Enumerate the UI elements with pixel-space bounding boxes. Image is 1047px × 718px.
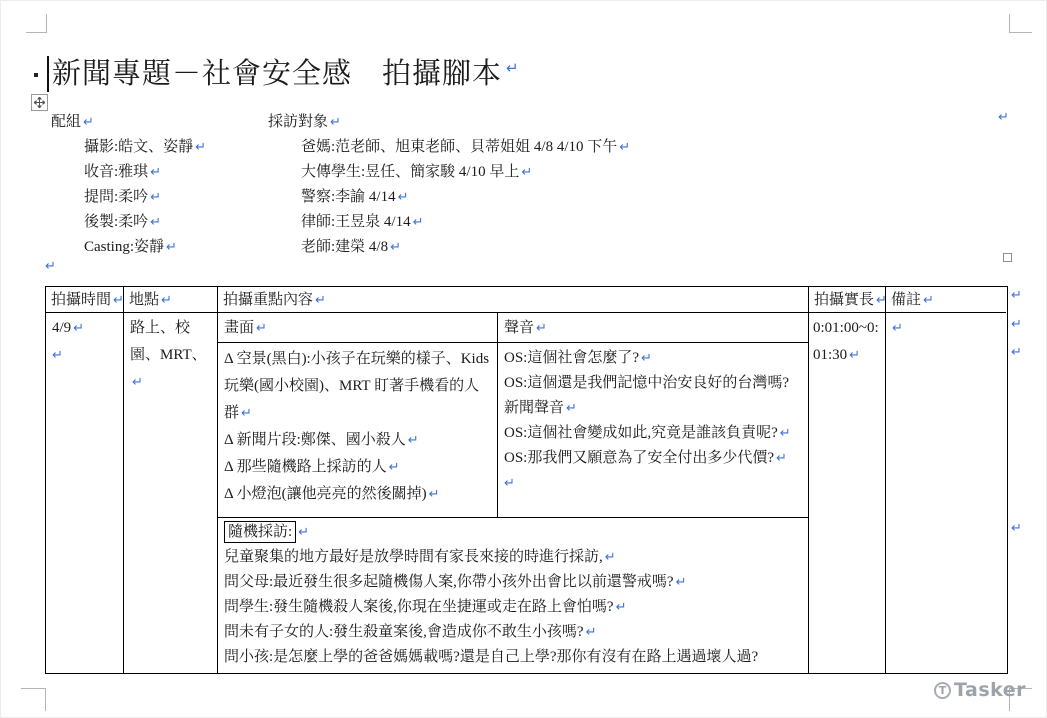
cell-random-interview: 隨機採訪:↵ 兒童聚集的地方最好是放學時間有家長來接的時進行採訪,↵ 問父母:最… <box>218 518 809 673</box>
paragraph-mark: ↵ <box>241 407 252 420</box>
shooting-script-table[interactable]: 拍攝時間↵ 地點↵ 拍攝重點內容↵ 拍攝實長↵ 備註↵ 4/9↵ ↵ 路上、校園… <box>45 286 1008 674</box>
audio-item: OS:那我們又願意為了安全付出多少代價?↵ <box>504 446 802 471</box>
paragraph-mark: ↵ <box>780 427 791 440</box>
paragraph-mark: ↵ <box>52 349 63 362</box>
tasker-watermark: T Tasker <box>934 679 1026 701</box>
paragraph-mark: ↵ <box>566 402 577 415</box>
paragraph-mark: ↵ <box>45 260 56 273</box>
document-title-text: 新聞專題－社會安全感 拍攝腳本 <box>52 51 502 92</box>
paragraph-mark: ↵ <box>150 191 161 204</box>
list-item: 後製:柔吟↵ <box>84 210 206 235</box>
cell-screen-label: 畫面↵ <box>218 313 498 343</box>
paragraph-mark: ↵ <box>298 526 309 539</box>
paragraph-mark: ↵ <box>998 111 1009 124</box>
cell-location: 路上、校園、MRT、↵ <box>124 313 218 673</box>
cell-duration: 0:01:00~0:01:30↵ <box>809 313 886 673</box>
paragraph-mark: ↵ <box>536 322 547 335</box>
list-item: 提問:柔吟↵ <box>84 185 206 210</box>
header-shoot-time: 拍攝時間↵ <box>46 287 124 313</box>
header-notes: 備註↵ <box>886 287 1006 313</box>
paragraph-mark: ↵ <box>73 322 84 335</box>
paragraph-mark: ↵ <box>389 461 400 474</box>
paragraph-mark: ↵ <box>390 241 401 254</box>
interview-box-label: 隨機採訪: <box>224 521 296 543</box>
interview-box-line: 隨機採訪:↵ <box>224 520 802 545</box>
table-resize-handle[interactable] <box>1003 253 1012 262</box>
interview-line: 問學生:發生隨機殺人案後,你現在坐捷運或走在路上會怕嗎?↵ <box>224 595 802 620</box>
row-end-mark: ↵ <box>1011 522 1022 535</box>
audio-item: OS:這個還是我們記憶中治安良好的台灣嗎?新聞聲音↵ <box>504 371 802 421</box>
paragraph-mark: ↵ <box>504 477 515 490</box>
row-end-mark: ↵ <box>1011 289 1022 302</box>
audio-item: OS:這個社會變成如此,究竟是誰該負責呢?↵ <box>504 421 802 446</box>
paragraph-mark: ↵ <box>586 626 597 639</box>
title-bullet <box>34 73 38 77</box>
row-end-mark: ↵ <box>1011 318 1022 331</box>
paragraph-mark: ↵ <box>113 294 124 307</box>
interview-line: 問父母:最近發生很多起隨機傷人案,你帶小孩外出會比以前還警戒嗎?↵ <box>224 570 802 595</box>
crop-mark-bottom-left-icon <box>21 688 46 711</box>
screen-item: Δ 空景(黑白):小孩子在玩樂的樣子、Kids 玩樂(國小校園)、MRT 盯著手… <box>224 346 491 427</box>
row-end-mark: ↵ <box>1011 346 1022 359</box>
table-move-handle[interactable] <box>31 94 48 111</box>
paragraph-mark: ↵ <box>150 166 161 179</box>
paragraph-mark: ↵ <box>166 241 177 254</box>
tasker-logo-icon: T <box>934 682 951 699</box>
paragraph-mark: ↵ <box>429 488 440 501</box>
header-duration: 拍攝實長↵ <box>809 287 886 313</box>
paragraph-mark: ↵ <box>849 349 860 362</box>
subjects-list: 爸媽:范老師、旭東老師、貝蒂姐姐 4/8 4/10 下午↵ 大傳學生:昱任、簡家… <box>301 135 630 260</box>
list-item: 攝影:皓文、姿靜↵ <box>84 135 206 160</box>
move-arrows-icon <box>34 97 45 108</box>
audio-item: ↵ <box>504 471 802 496</box>
paragraph-mark: ↵ <box>132 376 143 389</box>
header-location: 地點↵ <box>124 287 218 313</box>
paragraph-mark: ↵ <box>605 551 616 564</box>
header-key-content: 拍攝重點內容↵ <box>218 287 809 313</box>
screen-item: Δ 小燈泡(讓他亮亮的然後關掉)↵ <box>224 481 491 508</box>
tasker-watermark-text: Tasker <box>954 679 1026 701</box>
subjects-heading: 採訪對象↵ <box>268 110 341 131</box>
cell-screen-content: Δ 空景(黑白):小孩子在玩樂的樣子、Kids 玩樂(國小校園)、MRT 盯著手… <box>218 343 498 518</box>
screen-item: Δ 那些隨機路上採訪的人↵ <box>224 454 491 481</box>
paragraph-mark: ↵ <box>398 191 409 204</box>
paragraph-mark: ↵ <box>413 216 424 229</box>
paragraph-mark: ↵ <box>776 452 787 465</box>
crop-mark-top-left-icon <box>26 14 47 33</box>
paragraph-mark: ↵ <box>195 141 206 154</box>
paragraph-mark: ↵ <box>876 294 886 307</box>
interview-line: 問小孩:是怎麼上學的爸爸媽媽載嗎?還是自己上學?那你有沒有在路上遇過壞人過? <box>224 645 802 670</box>
list-item: 老師:建榮 4/8↵ <box>301 235 630 260</box>
paragraph-mark: ↵ <box>892 322 903 335</box>
paragraph-mark: ↵ <box>83 116 94 129</box>
audio-item: OS:這個社會怎麼了?↵ <box>504 346 802 371</box>
crew-list: 攝影:皓文、姿靜↵ 收音:雅琪↵ 提問:柔吟↵ 後製:柔吟↵ Casting:姿… <box>84 135 206 260</box>
interview-line: 問未有子女的人:發生殺童案後,會造成你不敢生小孩嗎?↵ <box>224 620 802 645</box>
paragraph-mark: ↵ <box>150 216 161 229</box>
cell-notes: ↵ <box>886 313 1006 673</box>
text-cursor <box>47 56 49 92</box>
paragraph-mark: ↵ <box>506 61 520 76</box>
paragraph-mark: ↵ <box>408 434 419 447</box>
word-document-page[interactable]: 新聞專題－社會安全感 拍攝腳本 ↵ 配組↵ 攝影:皓文、姿靜↵ 收音:雅琪↵ 提… <box>0 0 1047 718</box>
cell-shoot-time: 4/9↵ ↵ <box>46 313 124 673</box>
document-title: 新聞專題－社會安全感 拍攝腳本 ↵ <box>52 51 520 92</box>
paragraph-mark: ↵ <box>161 294 172 307</box>
paragraph-mark: ↵ <box>616 601 627 614</box>
paragraph-mark: ↵ <box>330 116 341 129</box>
paragraph-mark: ↵ <box>641 352 652 365</box>
cell-audio-label: 聲音↵ <box>498 313 809 343</box>
paragraph-mark: ↵ <box>315 294 326 307</box>
interview-line: 兒童聚集的地方最好是放學時間有家長來接的時進行採訪,↵ <box>224 545 802 570</box>
list-item: 大傳學生:昱任、簡家駿 4/10 早上↵ <box>301 160 630 185</box>
cell-audio-content: OS:這個社會怎麼了?↵ OS:這個還是我們記憶中治安良好的台灣嗎?新聞聲音↵ … <box>498 343 809 518</box>
crew-heading: 配組↵ <box>51 110 94 131</box>
paragraph-mark: ↵ <box>619 141 630 154</box>
list-item: 爸媽:范老師、旭東老師、貝蒂姐姐 4/8 4/10 下午↵ <box>301 135 630 160</box>
paragraph-mark: ↵ <box>521 166 532 179</box>
paragraph-mark: ↵ <box>676 576 687 589</box>
list-item: 收音:雅琪↵ <box>84 160 206 185</box>
list-item: 警察:李諭 4/14↵ <box>301 185 630 210</box>
paragraph-mark: ↵ <box>923 294 934 307</box>
screen-item: Δ 新聞片段:鄭傑、國小殺人↵ <box>224 427 491 454</box>
paragraph-mark: ↵ <box>256 322 267 335</box>
crop-mark-top-right-icon <box>1009 14 1032 33</box>
list-item: 律師:王昱泉 4/14↵ <box>301 210 630 235</box>
list-item: Casting:姿靜↵ <box>84 235 206 260</box>
